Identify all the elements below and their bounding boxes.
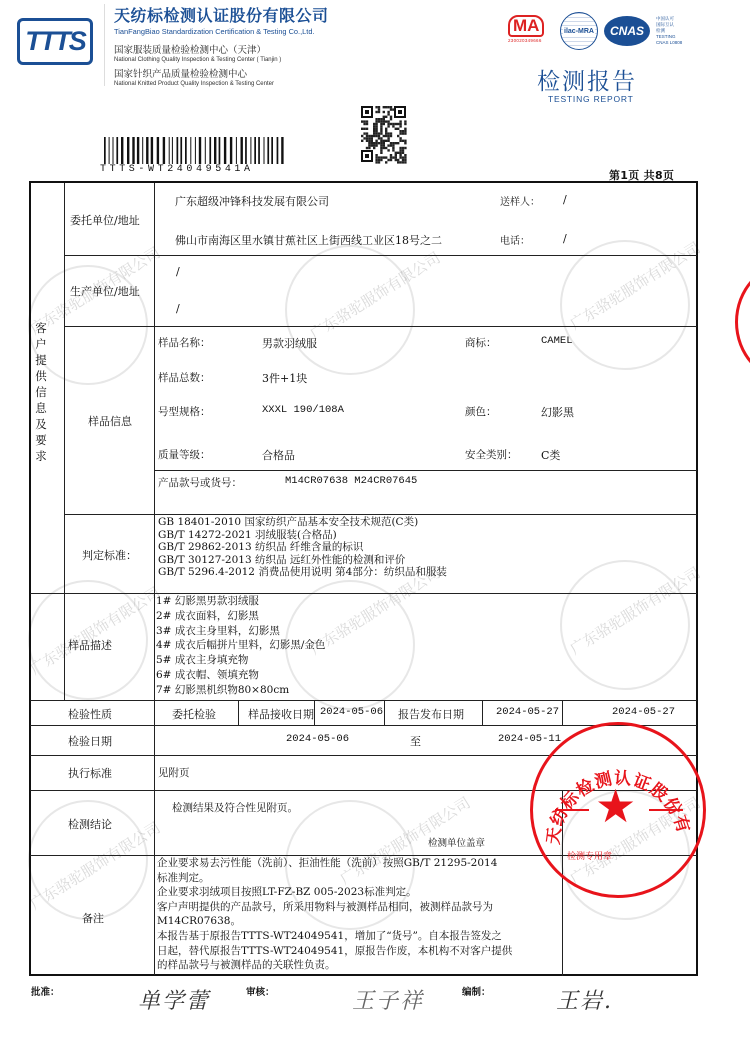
sample-desc-label: 样品描述 xyxy=(68,637,112,653)
inspection-date-to: 2024-05-11 xyxy=(498,733,561,745)
header-divider xyxy=(104,4,105,86)
table-line xyxy=(64,701,65,975)
logo-text: TTTS xyxy=(25,26,85,57)
inspection-date-to-word: 至 xyxy=(410,733,421,749)
review-label: 审核： xyxy=(246,984,275,998)
standard-item: GB/T 29862-2013 纺织品 纤维含量的标识 xyxy=(158,541,447,554)
table-line xyxy=(314,700,315,725)
phone-label: 电话： xyxy=(500,232,530,247)
sample-desc-item: 3# 成衣主身里料，幻影黑 xyxy=(156,624,325,639)
sample-count: 3件+1块 xyxy=(262,370,307,386)
note-line: 标准判定。 xyxy=(157,871,512,886)
company-name-cn: 天纺标检测认证股份有限公司 xyxy=(114,3,329,26)
cma-number: 230020349666 xyxy=(508,38,554,43)
standard-item: GB/T 5296.4-2012 消费品使用说明 第4部分：纺织品和服装 xyxy=(158,566,447,579)
official-seal-partial xyxy=(735,262,750,382)
cnas-caption-line: CNAS L0808 xyxy=(656,40,682,46)
sample-desc-item: 1# 幻影黑男款羽绒服 xyxy=(156,594,325,609)
table-line xyxy=(482,700,483,725)
section-label-client-info: 客户提供信息及要求 xyxy=(34,320,48,464)
standard-exec-value: 见附页 xyxy=(158,765,190,780)
producer-name: / xyxy=(176,265,180,278)
issue-date-value: 2024-05-27 xyxy=(612,706,675,718)
standard-item: GB/T 14272-2021 羽绒服装(合格品) xyxy=(158,529,447,542)
ttts-logo: TTTS xyxy=(17,18,93,65)
table-line xyxy=(30,725,697,726)
sample-desc-item: 5# 成衣主身填充物 xyxy=(156,653,325,668)
note-line: 的样品款号与被测样品的关联性负责。 xyxy=(157,958,512,973)
approve-signature: 单学蕾 xyxy=(138,984,210,1015)
standards-label: 判定标准： xyxy=(82,547,137,563)
sample-desc-item: 7# 幻影黑机织物80×80cm xyxy=(156,683,325,698)
table-line xyxy=(30,700,697,701)
sample-desc-item: 2# 成衣面料，幻影黑 xyxy=(156,609,325,624)
ilac-mra-logo: ilac-MRA xyxy=(560,12,598,50)
qr-code xyxy=(360,104,407,164)
standard-item: GB 18401-2010 国家纺织产品基本安全技术规范(C类) xyxy=(158,516,447,529)
table-line xyxy=(562,790,563,976)
note-line: 本报告基于原报告TTTS-WT24049541，增加了“货号”。自本报告签发之 xyxy=(157,929,512,944)
stamp-label: 检测单位盖章 xyxy=(428,835,485,849)
brand-label: 商标： xyxy=(465,335,497,350)
table-line xyxy=(64,255,697,256)
safety-value: C类 xyxy=(541,447,560,463)
grade-value: 合格品 xyxy=(262,447,295,463)
standard-exec-label: 执行标准 xyxy=(68,765,112,781)
note-line: 企业要求羽绒项目按照LT-FZ-BZ 005-2023标准判定。 xyxy=(157,885,512,900)
issue-date: 2024-05-27 xyxy=(496,706,559,718)
table-line xyxy=(30,790,697,791)
client-name: 广东超级冲锋科技发展有限公司 xyxy=(175,193,329,209)
safety-label: 安全类别： xyxy=(465,447,518,462)
color-label: 颜色： xyxy=(465,404,497,419)
standards-list: GB 18401-2010 国家纺织产品基本安全技术规范(C类) GB/T 14… xyxy=(158,516,447,579)
sample-info-label: 样品信息 xyxy=(88,413,132,429)
prepare-label: 编制： xyxy=(462,984,491,998)
ilac-text: ilac-MRA xyxy=(563,28,595,35)
prepare-signature: 王岩. xyxy=(556,984,613,1015)
phone-value: / xyxy=(563,232,567,245)
company-name-en: TianFangBiao Standardization Certificati… xyxy=(114,27,329,36)
report-title-en: TESTING REPORT xyxy=(548,94,634,104)
standard-item: GB/T 30127-2013 纺织品 远红外性能的检测和评价 xyxy=(158,554,447,567)
table-line xyxy=(64,593,65,701)
color-value: 幻影黑 xyxy=(541,404,574,420)
note-line: 企业要求易去污性能（洗前）、拒油性能（洗前）按照GB/T 21295-2014 xyxy=(157,856,512,871)
sample-desc-item: 6# 成衣帽、领填充物 xyxy=(156,668,325,683)
company-block: 天纺标检测认证股份有限公司 TianFangBiao Standardizati… xyxy=(114,3,329,87)
sample-name: 男款羽绒服 xyxy=(262,335,317,351)
style-label: 产品款号或货号： xyxy=(158,475,242,490)
sample-desc-item: 4# 成衣后幅拼片里料，幻影黑/金色 xyxy=(156,638,325,653)
center1-cn: 国家服装质量检验检测中心（天津） xyxy=(114,42,329,56)
brand-value: CAMEL xyxy=(541,335,573,347)
received-date: 2024-05-06 xyxy=(320,706,383,718)
client-address: 佛山市南海区里水镇甘蕉社区上街西线工业区18号之二 xyxy=(175,232,442,248)
table-line xyxy=(64,514,697,515)
table-line xyxy=(30,755,697,756)
cnas-caption: 中国认可 国际互认 检测 TESTING CNAS L0808 xyxy=(656,16,682,46)
table-line xyxy=(238,700,239,725)
size-label: 号型规格： xyxy=(158,404,211,419)
size-value: XXXL 190/108A xyxy=(262,404,344,416)
inspection-date-label: 检验日期 xyxy=(68,733,112,749)
notes-list: 企业要求易去污性能（洗前）、拒油性能（洗前）按照GB/T 21295-2014 … xyxy=(157,856,512,973)
center2-en: National Knitted Product Quality Inspect… xyxy=(114,81,329,87)
center2-cn: 国家针织产品质量检验检测中心 xyxy=(114,66,329,80)
inspection-date-from: 2024-05-06 xyxy=(286,733,349,745)
producer-address: / xyxy=(176,302,180,315)
note-line: 客户声明提供的产品款号，所采用物料与被测样品相同，被测样品款号为 xyxy=(157,900,512,915)
table-line xyxy=(64,326,697,327)
conclusion-label: 检测结论 xyxy=(68,816,112,832)
sample-name-label: 样品名称： xyxy=(158,335,211,350)
table-line xyxy=(30,593,697,594)
style-value: M14CR07638 M24CR07645 xyxy=(285,475,417,487)
report-title: 检测报告 xyxy=(537,63,637,96)
note-line: M14CR07638。 xyxy=(157,914,512,929)
certification-logos: MA 230020349666 ilac-MRA CNAS 中国认可 国际互认 … xyxy=(508,12,682,50)
sender-value: / xyxy=(563,193,567,206)
received-date-label: 样品接收日期 xyxy=(248,706,314,722)
sample-desc-list: 1# 幻影黑男款羽绒服 2# 成衣面料，幻影黑 3# 成衣主身里料，幻影黑 4#… xyxy=(156,594,325,698)
table-line xyxy=(154,470,697,471)
conclusion-text: 检测结果及符合性见附页。 xyxy=(172,800,298,815)
sample-count-label: 样品总数： xyxy=(158,370,211,385)
barcode xyxy=(104,137,288,164)
producer-label: 生产单位/地址 xyxy=(70,283,140,299)
note-line: 日起，替代原报告TTTS-WT24049541，原报告作废，本机构不对客户提供 xyxy=(157,944,512,959)
issue-date-label: 报告发布日期 xyxy=(398,706,464,722)
table-line xyxy=(154,183,155,701)
center1-en: National Clothing Quality Inspection & T… xyxy=(114,57,329,63)
cnas-logo: CNAS xyxy=(604,16,650,46)
sender-label: 送样人： xyxy=(500,193,540,208)
review-signature: 王子祥 xyxy=(352,984,424,1015)
cma-mark: MA xyxy=(508,15,544,37)
table-line xyxy=(562,700,563,725)
notes-label: 备注 xyxy=(82,910,104,926)
grade-label: 质量等级： xyxy=(158,447,211,462)
approve-label: 批准： xyxy=(31,984,60,998)
table-line xyxy=(384,700,385,725)
table-line xyxy=(64,183,65,593)
client-label: 委托单位/地址 xyxy=(70,212,140,228)
inspection-type-label: 检验性质 xyxy=(68,706,112,722)
inspection-type: 委托检验 xyxy=(172,706,216,722)
cma-logo: MA 230020349666 xyxy=(508,15,554,47)
report-number: TTTS-WT24049541A xyxy=(100,164,254,175)
table-line xyxy=(154,701,155,975)
